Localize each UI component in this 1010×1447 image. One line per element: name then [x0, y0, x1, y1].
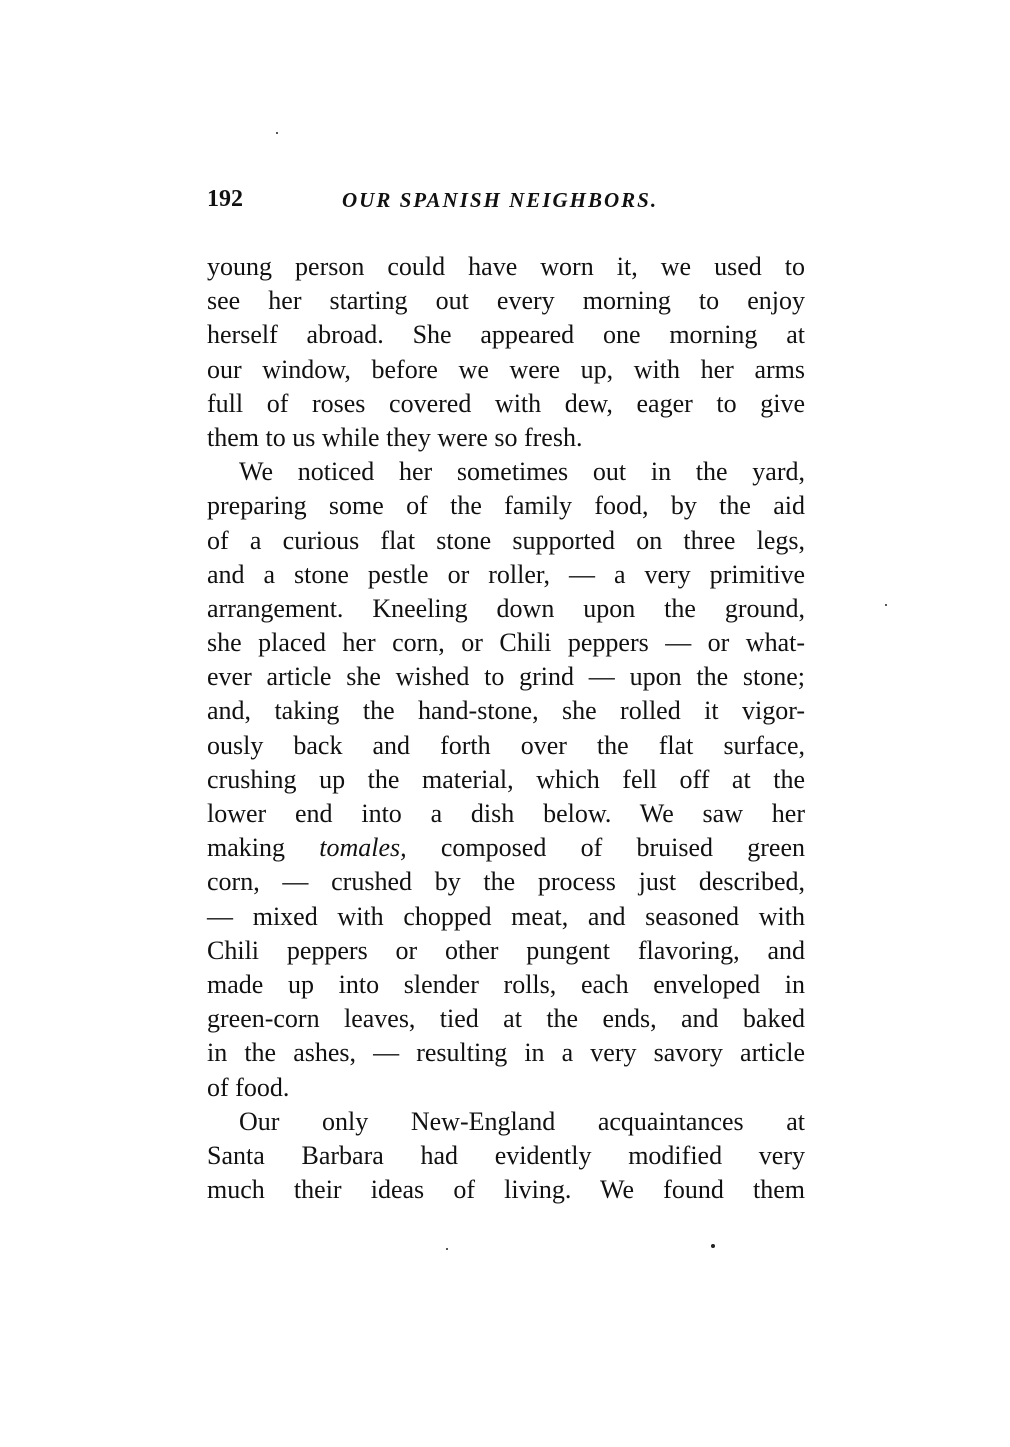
text-line: ously back and forth over the flat surfa…	[207, 729, 805, 763]
text-line: full of roses covered with dew, eager to…	[207, 387, 805, 421]
text-line: in the ashes, — resulting in a very savo…	[207, 1036, 805, 1070]
text-line: and a stone pestle or roller, — a very p…	[207, 558, 805, 592]
text-line: We noticed her sometimes out in the yard…	[207, 455, 805, 489]
text-line: green-corn leaves, tied at the ends, and…	[207, 1002, 805, 1036]
text-line: — mixed with chopped meat, and seasoned …	[207, 900, 805, 934]
text-line: Chili peppers or other pungent flavoring…	[207, 934, 805, 968]
text-line: of food.	[207, 1071, 805, 1105]
scan-speck	[885, 604, 887, 606]
running-title: OUR SPANISH NEIGHBORS.	[342, 188, 658, 213]
scan-speck	[711, 1244, 715, 1248]
text-line: ever article she wished to grind — upon …	[207, 660, 805, 694]
text-line: Santa Barbara had evidently modified ver…	[207, 1139, 805, 1173]
text-line: preparing some of the family food, by th…	[207, 489, 805, 523]
text-line: our window, before we were up, with her …	[207, 353, 805, 387]
text-line: see her starting out every morning to en…	[207, 284, 805, 318]
italic-word: tomales,	[319, 833, 406, 862]
text-line: and, taking the hand-stone, she rolled i…	[207, 694, 805, 728]
text-line: crushing up the material, which fell off…	[207, 763, 805, 797]
text-line: she placed her corn, or Chili peppers — …	[207, 626, 805, 660]
body-text: young person could have worn it, we used…	[207, 250, 805, 1207]
book-page: 192 OUR SPANISH NEIGHBORS. young person …	[0, 0, 1010, 1447]
text-line: much their ideas of living. We found the…	[207, 1173, 805, 1207]
text-line: herself abroad. She appeared one morning…	[207, 318, 805, 352]
text-line: young person could have worn it, we used…	[207, 250, 805, 284]
page-header: 192 OUR SPANISH NEIGHBORS.	[207, 186, 807, 222]
text-line: corn, — crushed by the process just desc…	[207, 865, 805, 899]
scan-speck	[446, 1248, 448, 1250]
text-line: them to us while they were so fresh.	[207, 421, 805, 455]
text-line: of a curious flat stone supported on thr…	[207, 524, 805, 558]
text-line: made up into slender rolls, each envelop…	[207, 968, 805, 1002]
text-line: making tomales, composed of bruised gree…	[207, 831, 805, 865]
text-line: Our only New-England acquaintances at	[207, 1105, 805, 1139]
text-line: arrangement. Kneeling down upon the grou…	[207, 592, 805, 626]
text-line: lower end into a dish below. We saw her	[207, 797, 805, 831]
scan-speck	[276, 132, 278, 134]
page-number: 192	[207, 186, 243, 213]
